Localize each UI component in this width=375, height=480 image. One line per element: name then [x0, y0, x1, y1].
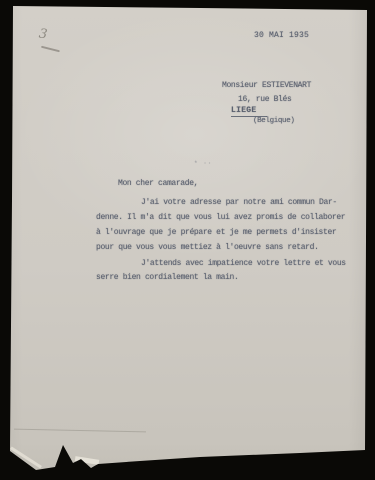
body-line: denne. Il m'a dit que vous lui avez prom… — [96, 213, 345, 222]
paper-speck — [89, 468, 92, 470]
letter-paper: 3 30 MAI 1935 Monsieur ESTIEVENART 16, r… — [0, 0, 375, 480]
salutation: Mon cher camarade, — [118, 179, 198, 188]
paper-crease — [14, 429, 146, 433]
ink-smudge-mark: * ·· — [194, 160, 212, 167]
pencil-stroke — [41, 46, 60, 52]
letter-date: 30 MAI 1935 — [254, 31, 309, 40]
body-line: à l'ouvrage que je prépare et je me perm… — [96, 228, 336, 237]
pencil-annotation: 3 — [38, 26, 48, 42]
recipient-city: LIEGE — [231, 106, 267, 117]
scanned-letter-photo: { "scan": { "background_color": "#0a0906… — [0, 0, 375, 480]
body-line: J'ai votre adresse par notre ami commun … — [141, 198, 337, 207]
recipient-name: Monsieur ESTIEVENART — [222, 81, 311, 90]
recipient-country: (Belgique) — [253, 117, 295, 125]
body-line: pour que vous vous mettiez à l'oeuvre sa… — [96, 243, 319, 252]
bottom-left-fold-highlight — [10, 446, 42, 468]
torn-edge-highlight — [75, 456, 99, 465]
recipient-street: 16, rue Blés — [238, 95, 291, 104]
body-line: serre bien cordialement la main. — [96, 273, 238, 282]
body-line: J'attends avec impatience votre lettre e… — [141, 259, 346, 268]
